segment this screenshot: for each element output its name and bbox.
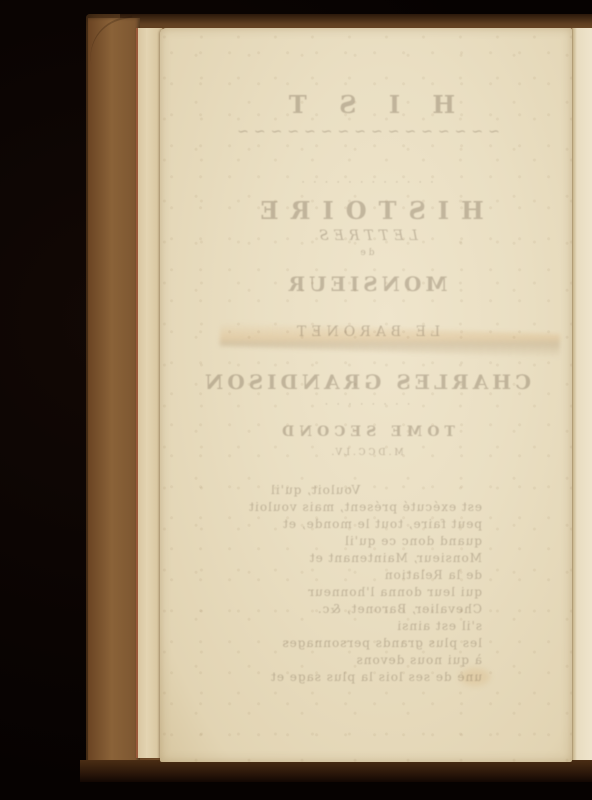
st-tome: TOME SECOND	[160, 424, 572, 440]
st-histoire: HISTOIRE	[160, 196, 572, 225]
st-body-8: Chevalier, Baronet, &c.	[160, 602, 572, 616]
st-body-10: les plus grands personnages	[160, 636, 572, 650]
mirrored-show-through-text: H I S T ~~~~~~~~~~~~~~~~ · · · · · · · ·…	[160, 28, 572, 762]
book-page: H I S T ~~~~~~~~~~~~~~~~ · · · · · · · ·…	[160, 28, 572, 762]
st-body-12: une de ses lois la plus sage et	[160, 670, 572, 684]
st-charles-grandison: CHARLES GRANDISON	[160, 370, 572, 394]
st-body-3: peut faire, tout le monde, et	[160, 517, 572, 531]
st-ornament: H I S T	[160, 90, 572, 119]
facing-page-edge	[572, 28, 592, 762]
st-top-rule: ~~~~~~~~~~~~~~~~	[160, 124, 572, 140]
st-body-11: à qui nous devons	[160, 653, 572, 667]
st-monsieur: MONSIEUR	[160, 272, 572, 296]
st-de: de	[160, 248, 572, 258]
st-year: M.DCC.LV.	[160, 448, 572, 458]
st-body-7: qui leur donna l'honneur	[160, 585, 572, 599]
st-body-2: est exécuté présent, mais vouloit	[160, 500, 572, 514]
st-body-6: de la Relation	[160, 568, 572, 582]
st-lettres: LETTRES	[160, 228, 572, 244]
st-body-5: Monsieur, Maintenant et	[160, 551, 572, 565]
st-dots: · · · · · · · · · · · ·	[160, 178, 572, 188]
st-body-1: Vouloit, qu'il	[160, 483, 572, 497]
cover-bottom-edge	[80, 760, 592, 782]
st-body-9: s'il est ainsi	[160, 619, 572, 633]
leather-turn-in	[88, 18, 140, 764]
st-body-4: quand donc ce qu'il	[160, 534, 572, 548]
st-le-baronet: LE BARONET	[160, 324, 572, 340]
st-subtitle: · · · · · · · ·	[160, 400, 572, 410]
